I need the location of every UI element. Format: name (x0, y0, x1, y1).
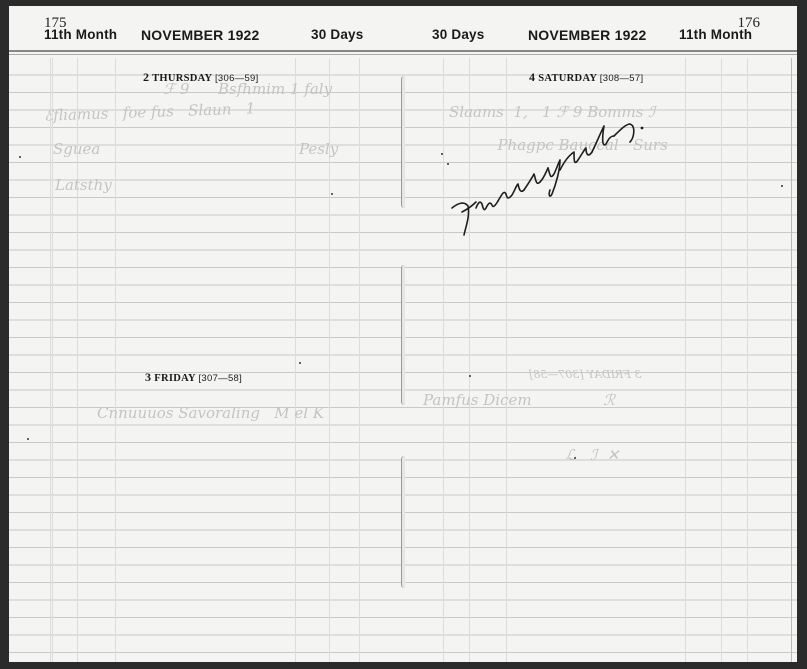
day-heading-friday: 3 FRIDAY [307—58] (145, 370, 242, 385)
right-page-header: 30 Days NOVEMBER 1922 11th Month 176 (405, 6, 797, 52)
diary-spread: 175 11th Month NOVEMBER 1922 30 Days 2 T… (0, 0, 807, 669)
show-through-handwriting: Pamfus Dicem ℛ (423, 391, 615, 409)
show-through-handwriting: Pesly (299, 140, 338, 158)
show-through-handwriting: Sguea (53, 140, 100, 158)
show-through-handwriting: ℒ ℐ ✕ (565, 446, 619, 464)
right-page: 30 Days NOVEMBER 1922 11th Month 176 4 S… (405, 6, 797, 662)
month-ordinal: 11th Month (44, 27, 117, 42)
handwritten-entry (450, 108, 680, 243)
show-through-handwriting: Cnnuuuos Savoraling M el K (97, 404, 324, 422)
left-page: 175 11th Month NOVEMBER 1922 30 Days 2 T… (9, 6, 406, 662)
show-through-handwriting: ℱ 9 Bsfhmim 1 faly (149, 80, 332, 98)
page-number: 176 (738, 15, 761, 32)
left-page-header: 175 11th Month NOVEMBER 1922 30 Days (9, 6, 405, 52)
show-through-handwriting: Latsthy (55, 176, 112, 194)
show-through-heading: 3 FRIDAY [307—58] (529, 368, 641, 381)
days-count: 30 Days (432, 27, 484, 42)
month-year: NOVEMBER 1922 (528, 27, 647, 43)
month-year: NOVEMBER 1922 (141, 27, 260, 43)
days-count: 30 Days (311, 27, 363, 42)
day-heading-saturday: 4 SATURDAY [308—57] (529, 70, 643, 85)
